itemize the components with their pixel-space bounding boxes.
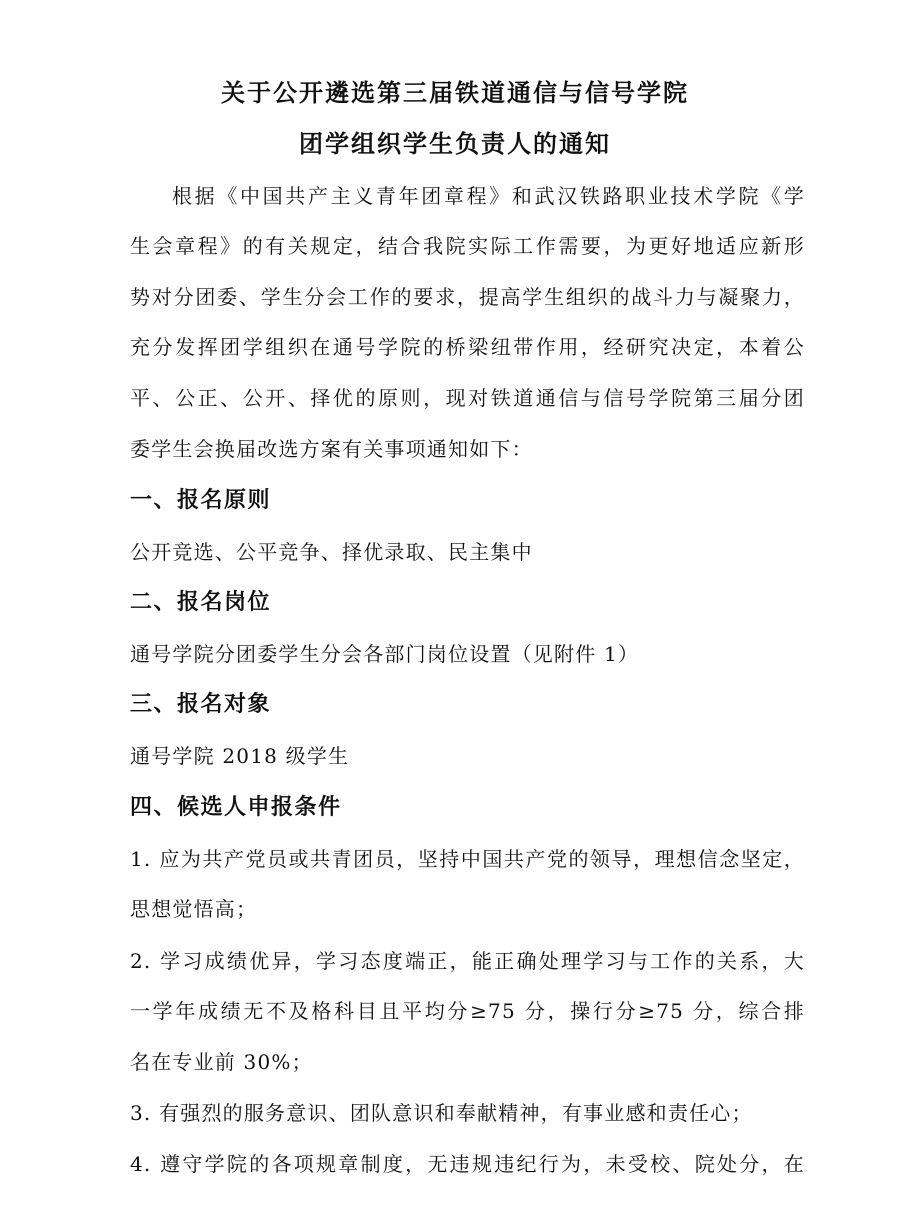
section-heading-eligible-applicants: 三、报名对象 <box>130 691 805 717</box>
intro-line: 委学生会换届改选方案有关事项通知如下： <box>130 436 805 462</box>
requirement-line: 一学年成绩无不及格科目且平均分≥75 分，操行分≥75 分，综合排 <box>130 998 805 1024</box>
intro-line: 生会章程》的有关规定，结合我院实际工作需要，为更好地适应新形 <box>130 233 805 259</box>
document-page: 关于公开遴选第三届铁道通信与信号学院 团学组织学生负责人的通知 根据《中国共产主… <box>0 0 910 1232</box>
intro-line: 平、公正、公开、择优的原则，现对铁道通信与信号学院第三届分团 <box>130 385 805 411</box>
requirement-line: 4. 遵守学院的各项规章制度，无违规违纪行为，未受校、院处分，在 <box>130 1151 805 1177</box>
intro-line: 根据《中国共产主义青年团章程》和武汉铁路职业技术学院《学 <box>172 183 805 209</box>
section-body-line: 通号学院分团委学生分会各部门岗位设置（见附件 1） <box>130 641 805 667</box>
document-title-line-1: 关于公开遴选第三届铁道通信与信号学院 <box>0 80 910 106</box>
intro-line: 势对分团委、学生分会工作的要求，提高学生组织的战斗力与凝聚力， <box>130 284 805 310</box>
requirement-line: 思想觉悟高； <box>130 896 805 922</box>
requirement-line: 2. 学习成绩优异，学习态度端正，能正确处理学习与工作的关系，大 <box>130 948 805 974</box>
section-heading-registration-principles: 一、报名原则 <box>130 487 805 513</box>
section-heading-registration-positions: 二、报名岗位 <box>130 589 805 615</box>
document-title-line-2: 团学组织学生负责人的通知 <box>0 131 910 157</box>
intro-line: 充分发挥团学组织在通号学院的桥梁纽带作用，经研究决定，本着公 <box>130 334 805 360</box>
requirement-line: 名在专业前 30%； <box>130 1049 805 1075</box>
section-body-line: 公开竞选、公平竞争、择优录取、民主集中 <box>130 539 805 565</box>
requirement-line: 3. 有强烈的服务意识、团队意识和奉献精神，有事业感和责任心； <box>130 1100 805 1126</box>
section-heading-candidate-requirements: 四、候选人申报条件 <box>130 794 805 820</box>
requirement-line: 1. 应为共产党员或共青团员，坚持中国共产党的领导，理想信念坚定， <box>130 846 805 872</box>
section-body-line: 通号学院 2018 级学生 <box>130 743 805 769</box>
